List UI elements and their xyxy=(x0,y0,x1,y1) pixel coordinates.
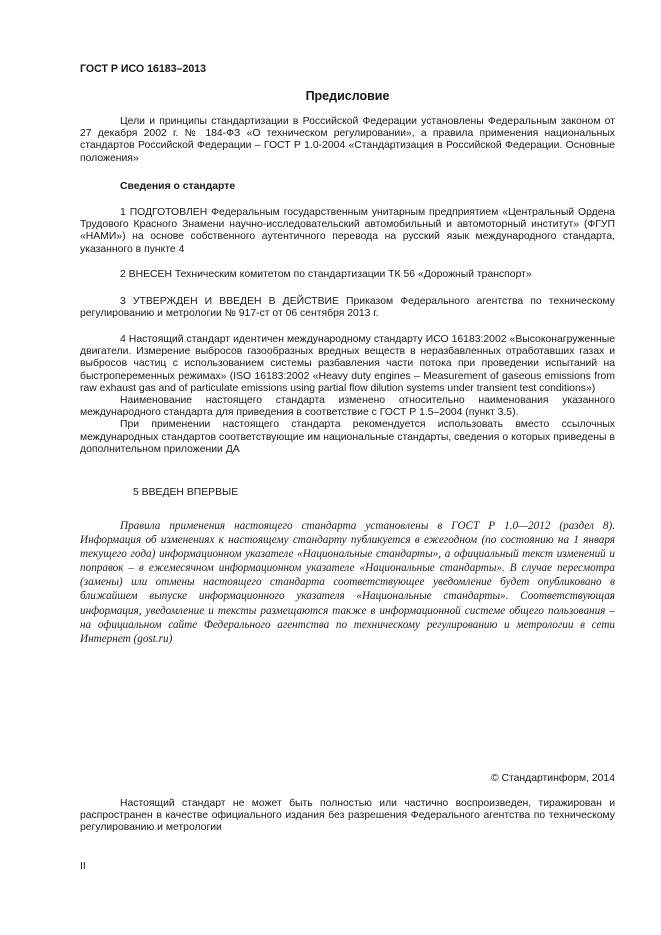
page-title: Предисловие xyxy=(80,90,615,102)
intro-text: Цели и принципы стандартизации в Российс… xyxy=(80,116,615,165)
item-5: 5 ВВЕДЕН ВПЕРВЫЕ xyxy=(80,487,615,499)
item-text: 3 УТВЕРЖДЕН И ВВЕДЕН В ДЕЙСТВИЕ Приказом… xyxy=(80,296,615,320)
notice-block: Правила применения настоящего стандарта … xyxy=(80,519,615,646)
item-text: 1 ПОДГОТОВЛЕН Федеральным государственны… xyxy=(80,207,615,256)
item-1: 1 ПОДГОТОВЛЕН Федеральным государственны… xyxy=(80,207,615,256)
item-text: 2 ВНЕСЕН Техническим комитетом по станда… xyxy=(80,269,615,281)
item-text: 5 ВВЕДЕН ВПЕРВЫЕ xyxy=(80,487,615,499)
notice-text: Правила применения настоящего стандарта … xyxy=(80,519,615,646)
item-3: 3 УТВЕРЖДЕН И ВВЕДЕН В ДЕЙСТВИЕ Приказом… xyxy=(80,296,615,320)
item-text: При применении настоящего стандарта реко… xyxy=(80,419,615,456)
item-text: Наименование настоящего стандарта измене… xyxy=(80,395,615,419)
item-4: 4 Настоящий стандарт идентичен междунаро… xyxy=(80,334,615,456)
reproduction-text: Настоящий стандарт не может быть полност… xyxy=(80,798,615,835)
copyright: © Стандартинформ, 2014 xyxy=(80,773,615,785)
item-2: 2 ВНЕСЕН Техническим комитетом по станда… xyxy=(80,269,615,281)
intro-paragraph: Цели и принципы стандартизации в Российс… xyxy=(80,116,615,165)
section-title: Сведения о стандарте xyxy=(80,181,615,193)
document-id-header: ГОСТ Р ИСО 16183–2013 xyxy=(80,63,206,75)
reproduction-notice: Настоящий стандарт не может быть полност… xyxy=(80,798,615,835)
section-title-text: Сведения о стандарте xyxy=(80,181,615,193)
copyright-text: © Стандартинформ, 2014 xyxy=(491,773,615,784)
page-number: II xyxy=(80,861,86,873)
item-text: 4 Настоящий стандарт идентичен междунаро… xyxy=(80,334,615,395)
